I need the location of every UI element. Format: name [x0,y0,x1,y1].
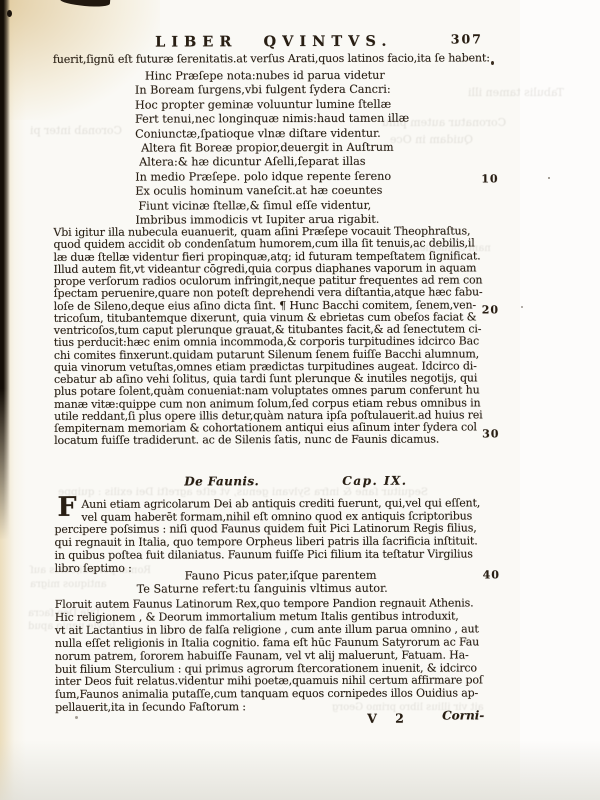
verse-line: In Boream ſurgens,vbi fulgent ſydera Can… [135,83,409,98]
verse-line: Ex oculis hominum vaneſcit.at hæ coeunte… [135,184,409,199]
verse-line: Hinc Præſepe nota:nubes id parua videtur [145,69,409,84]
text-line: ſum,Faunos animalia putaſſe,cum tanquam … [55,688,492,702]
verse-line: Altera:& hæ dicuntur Aſelli,ſeparat illa… [139,155,409,170]
verse-block-praesepe: Hinc Præſepe nota:nubes id parua videtur… [135,69,410,228]
margin-line-number: 40 [483,568,500,581]
paragraph-fauni-2: Floruit autem Faunus Latinorum Rex,quo t… [55,597,492,715]
text-line: locatum fuiſſe tradiderunt. ac de Sileni… [54,434,491,448]
verse-line: Hoc propter geminæ voluuntur lumine ſtel… [135,97,409,112]
opening-text-line: fuerit,ſignũ eſt futuræ ſerenitatis.at v… [53,51,490,66]
signature-mark: V 2 [367,711,404,726]
chapter-number: Cap. IX. [342,474,407,488]
margin-line-number: 10 [481,172,498,185]
running-header: LIBER QVINTVS. [89,32,459,50]
margin-line-number: 20 [482,303,499,316]
verse-line: Altera fit Boreæ propior,deuergit in Auſ… [141,141,409,156]
verse-line: Fert tenui,nec longinquæ nimis:haud tame… [135,112,409,127]
verse-line: In medio Præſepe. polo idque repente ſer… [135,169,409,184]
chapter-heading: De Faunis. Cap. IX. [54,473,491,475]
verse-block-virgil: Fauno Picus pater,iſque parentemTe Satur… [137,569,388,596]
text-line: in quibus poſtea fuit dilaniatus. Faunum… [55,548,492,562]
book-page-scan: Tabulis tamen illiCoronab inter piCorona… [0,0,600,800]
verse-line: Fiunt vicinæ ſtellæ,& ſimul eſſe videntu… [138,198,409,213]
page-number: 307 [451,31,483,46]
verse-line: Fauno Picus pater,iſque parentem [185,569,388,583]
catchword: Corni- [442,708,484,722]
margin-line-numbers: 10203040 [0,0,599,1]
paragraph-sileni: Vbi igitur illa nubecula euanuerit, quam… [53,225,491,447]
text-line: pellauerit,ita in ſecundo Faſtorum : [55,701,492,715]
verse-line: Coniunctæ,ſpatioque vlnæ diſtare videntu… [135,126,409,141]
paragraph-fauni-1: Auni etiam agricolarum Dei ab antiquis c… [54,497,491,575]
section-title: De Faunis. [184,474,259,488]
margin-line-number: 30 [482,427,499,440]
verse-line: Te Saturne refert:tu ſanguinis vltimus a… [137,582,388,596]
page-text: LIBER QVINTVS. 307 fuerit,ſignũ eſt futu… [0,0,600,800]
